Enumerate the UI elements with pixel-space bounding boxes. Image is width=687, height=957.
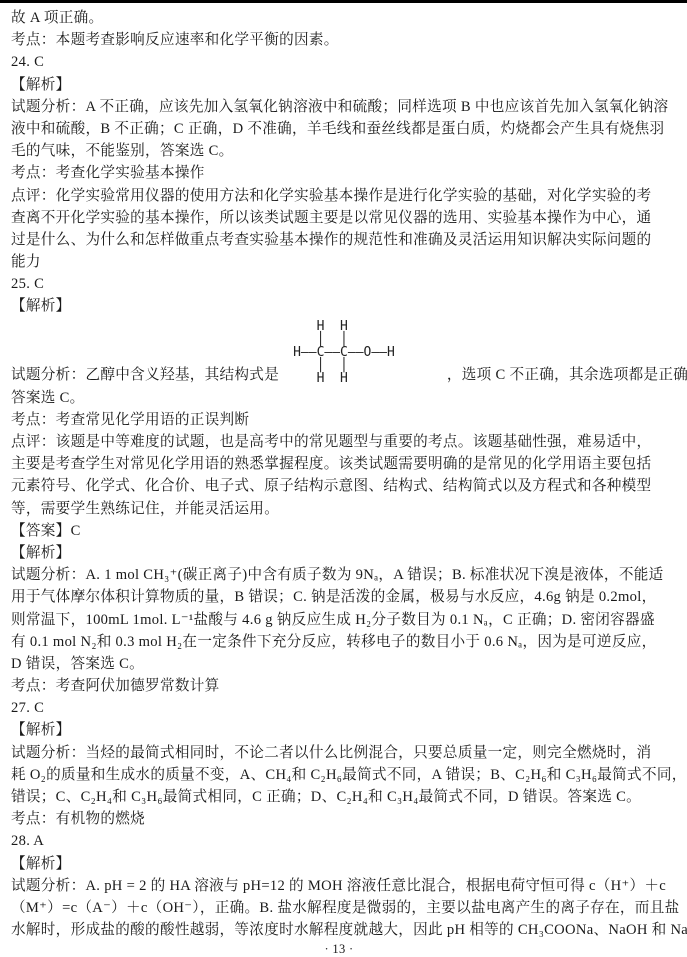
text-line: 等，需要学生熟练记住，并能灵活运用。 [11, 498, 667, 520]
text-line: 错误；C、C₂H₄和 C₃H₆最简式相同，C 正确；D、C₂H₄和 C₃H₄最简… [11, 786, 667, 808]
text-line: 试题分析：当烃的最简式相同时，不论二者以什么比例混合，只要总质量一定，则完全燃烧… [11, 742, 667, 764]
text-line: 元素符号、化学式、化合价、电子式、原子结构示意图、结构式、结构简式以及方程式和各… [11, 475, 667, 497]
answer-number-27: 27. C [11, 697, 667, 719]
answer-number-28: 28. A [11, 830, 667, 852]
text-line: 考点：考查常见化学用语的正误判断 [11, 409, 667, 431]
text-line: 过是什么、为什么和怎样做重点考查实验基本操作的规范性和准确及灵活运用知识解决实际… [11, 229, 667, 251]
document-page: 故 A 项正确。 考点：本题考查影响反应速率和化学平衡的因素。 24. C 【解… [0, 3, 687, 957]
analysis-header: 【解析】 [11, 542, 667, 564]
analysis-header: 【解析】 [11, 295, 667, 317]
text-line: 有 0.1 mol N₂和 0.3 mol H₂在一定条件下充分反应，转移电子的… [11, 631, 667, 653]
analysis-header: 【解析】 [11, 853, 667, 875]
text-line: 能力 [11, 251, 667, 273]
analysis-header: 【解析】 [11, 74, 667, 96]
text-line: 点评：该题是中等难度的试题，也是高考中的常见题型与重要的考点。该题基础性强，难易… [11, 431, 667, 453]
text-line: 考点：考查化学实验基本操作 [11, 162, 667, 184]
text-line: 主要是考查学生对常见化学用语的熟悉掌握程度。该类试题需要明确的是常见的化学用语主… [11, 453, 667, 475]
formula-text-after: ，选项 C 不正确，其余选项都是正确的， [447, 364, 687, 386]
text-line: 用于气体摩尔体积计算物质的量，B 错误；C. 钠是活泼的金属，极易与水反应，4.… [11, 586, 667, 608]
text-line: 试题分析：A. 1 mol CH₃⁺(碳正离子)中含有质子数为 9Nₐ，A 错误… [11, 564, 667, 586]
formula-paragraph: 试题分析：乙醇中含义羟基，其结构式是 H H │ │ H——C——C——O——H… [11, 318, 667, 387]
text-line: 液中和硫酸，B 不正确；C 正确，D 不准确，羊毛线和蚕丝线都是蛋白质，灼烧都会… [11, 118, 667, 140]
text-line: （M⁺）=c（A⁻）＋c（OH⁻），正确。B. 盐水解程度是微弱的，主要以盐电离… [11, 897, 667, 919]
text-line: 考点：有机物的燃烧 [11, 808, 667, 830]
text-line: 考点：考查阿伏加德罗常数计算 [11, 675, 667, 697]
text-line: 试题分析：A 不正确，应该先加入氢氧化钠溶液中和硫酸；同样选项 B 中也应该首先… [11, 96, 667, 118]
text-line: 则常温下，100mL 1mol. L⁻¹盐酸与 4.6 g 钠反应生成 H₂分子… [11, 609, 667, 631]
text-line: 点评：化学实验常用仪器的使用方法和化学实验基本操作是进行化学实验的基础，对化学实… [11, 185, 667, 207]
text-line: 故 A 项正确。 [11, 7, 667, 29]
text-line: 查离不开化学实验的基本操作，所以该类试题主要是以常见仪器的选用、实验基本操作为中… [11, 207, 667, 229]
text-line: 考点：本题考查影响反应速率和化学平衡的因素。 [11, 29, 667, 51]
answer-number-24: 24. C [11, 51, 667, 73]
ethanol-structural-formula: H H │ │ H——C——C——O——H │ │ H H [293, 320, 395, 387]
answer-number-25: 25. C [11, 273, 667, 295]
text-line: D 错误，答案选 C。 [11, 653, 667, 675]
answer-header: 【答案】C [11, 520, 667, 542]
text-line: 答案选 C。 [11, 387, 667, 409]
page-number: · 13 · [11, 942, 667, 957]
text-line: 毛的气味，不能鉴别，答案选 C。 [11, 140, 667, 162]
analysis-header: 【解析】 [11, 719, 667, 741]
formula-text-before: 试题分析：乙醇中含义羟基，其结构式是 [11, 364, 279, 386]
text-line: 耗 O₂的质量和生成水的质量不变，A、CH₄和 C₂H₆最简式不同，A 错误；B… [11, 764, 667, 786]
text-line: 水解时，形成盐的酸的酸性越弱，等浓度时水解程度就越大，因此 pH 相等的 CH₃… [11, 919, 667, 941]
text-line: 试题分析：A. pH = 2 的 HA 溶液与 pH=12 的 MOH 溶液任意… [11, 875, 667, 897]
